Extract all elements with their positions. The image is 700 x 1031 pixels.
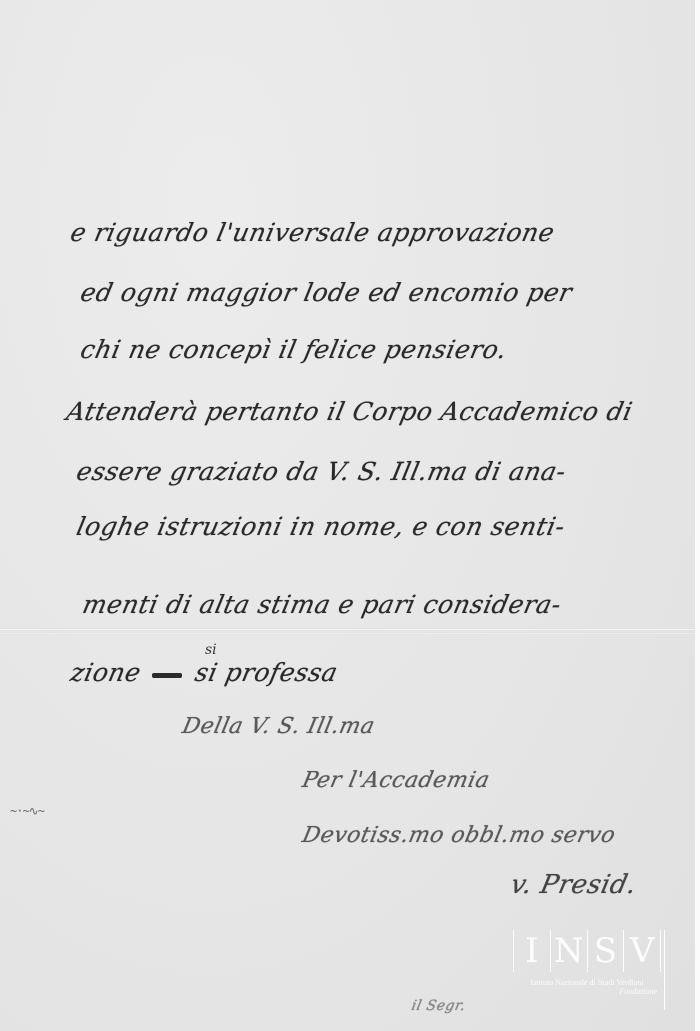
letter-line-7: menti di alta stima e pari considera- bbox=[80, 590, 564, 619]
letter-line-1: e riguardo l'universale approvazione bbox=[68, 218, 557, 247]
watermark-letter: V bbox=[624, 930, 660, 972]
watermark-letters: I N S V bbox=[513, 930, 661, 972]
ink-blot: ~·~∿~ bbox=[10, 804, 44, 818]
professa-word: si professa bbox=[184, 658, 341, 687]
letter-line-4: Attenderà pertanto il Corpo Accademico d… bbox=[64, 397, 635, 426]
superscript-insertion: si bbox=[205, 642, 217, 658]
watermark-rule bbox=[664, 930, 665, 1010]
watermark-institution: Istituto Nazionale di Studi Verdiani bbox=[513, 978, 661, 987]
scan-edge bbox=[695, 0, 700, 1031]
bottom-fragment: il Segr. bbox=[410, 998, 467, 1014]
closing-line-3: Devotiss.mo obbl.mo servo bbox=[300, 823, 618, 848]
insv-watermark: I N S V Istituto Nazionale di Studi Verd… bbox=[513, 930, 661, 996]
watermark-letter: S bbox=[588, 930, 625, 972]
fold-crease-shadow bbox=[0, 632, 695, 635]
signature: v. Presid. bbox=[508, 870, 639, 900]
struck-out-word bbox=[152, 673, 182, 678]
watermark-letter: I bbox=[514, 930, 551, 972]
letter-line-5: essere graziato da V. S. Ill.ma di ana- bbox=[74, 457, 569, 486]
letter-line-3: chi ne concepì il felice pensiero. bbox=[78, 335, 510, 364]
closing-line-2: Per l'Accademia bbox=[300, 768, 492, 793]
zione-word: zione bbox=[68, 658, 152, 687]
fold-crease bbox=[0, 628, 695, 631]
letter-line-2: ed ogni maggior lode ed encomio per bbox=[78, 278, 575, 307]
letter-line-8: zione si professa bbox=[68, 658, 341, 687]
watermark-foundation: Fondazione bbox=[513, 987, 661, 996]
closing-line-1: Della V. S. Ill.ma bbox=[180, 714, 377, 739]
letter-line-6: loghe istruzioni in nome, e con senti- bbox=[74, 512, 568, 541]
watermark-letter: N bbox=[551, 930, 588, 972]
